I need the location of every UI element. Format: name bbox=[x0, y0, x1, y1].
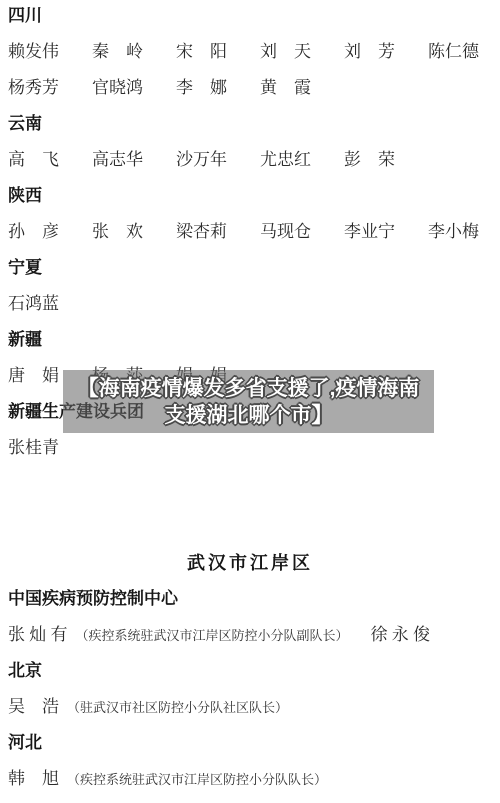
section-header: 河北 bbox=[8, 733, 492, 753]
person-name: 高 飞 bbox=[8, 150, 59, 170]
person-name: 宋 阳 bbox=[176, 42, 227, 62]
names-row: 孙 彦张 欢梁杏莉马现仓李业宁李小梅 bbox=[8, 222, 492, 242]
person-name: 刘 芳 bbox=[344, 42, 395, 62]
person-name: 唐 娟 bbox=[8, 366, 59, 386]
person-name: 孙 彦 bbox=[8, 222, 59, 242]
person-name: 石鸿蓝 bbox=[8, 294, 59, 314]
person-role: （驻武汉市社区防控小分队社区队长） bbox=[67, 698, 288, 718]
overlay-title-line1: 【海南疫情爆发多省支援了,疫情海南 bbox=[78, 375, 420, 402]
person-name: 吴 浩 bbox=[8, 697, 59, 717]
person-name: 李 娜 bbox=[176, 78, 227, 98]
names-row: 张桂青 bbox=[8, 438, 492, 458]
names-row: 杨秀芳官晓鸿李 娜黄 霞 bbox=[8, 78, 492, 98]
person-name: 张 灿 有 bbox=[8, 625, 68, 645]
names-row: 赖发伟秦 岭宋 阳刘 天刘 芳陈仁德 bbox=[8, 42, 492, 62]
person-name: 黄 霞 bbox=[260, 78, 311, 98]
person-role-row: 吴 浩（驻武汉市社区防控小分队社区队长） bbox=[8, 697, 492, 717]
person-name: 赖发伟 bbox=[8, 42, 59, 62]
person-name: 李业宁 bbox=[344, 222, 395, 242]
person-role: （疾控系统驻武汉市江岸区防控小分队副队长） bbox=[76, 626, 349, 646]
section-header: 宁夏 bbox=[8, 258, 492, 278]
person-name: 李小梅 bbox=[428, 222, 479, 242]
section-header: 新疆 bbox=[8, 330, 492, 350]
person-name: 高志华 bbox=[92, 150, 143, 170]
person-name: 韩 旭 bbox=[8, 769, 59, 789]
section-header: 陕西 bbox=[8, 186, 492, 206]
person-name: 徐 永 俊 bbox=[371, 625, 431, 645]
person-name: 官晓鸿 bbox=[92, 78, 143, 98]
person-name: 刘 天 bbox=[260, 42, 311, 62]
person-name: 马现仓 bbox=[260, 222, 311, 242]
person-name: 秦 岭 bbox=[92, 42, 143, 62]
person-role: （疾控系统驻武汉市江岸区防控小分队队长） bbox=[67, 770, 327, 790]
person-name: 张 欢 bbox=[92, 222, 143, 242]
person-name: 张桂青 bbox=[8, 438, 59, 458]
person-name: 尤忠红 bbox=[260, 150, 311, 170]
section-header: 中国疾病预防控制中心 bbox=[8, 589, 492, 609]
person-role-row: 张 灿 有（疾控系统驻武汉市江岸区防控小分队副队长）徐 永 俊 bbox=[8, 625, 492, 645]
person-name: 梁杏莉 bbox=[176, 222, 227, 242]
district-title: 武汉市江岸区 bbox=[8, 553, 492, 573]
names-row: 高 飞高志华沙万年尤忠红彭 荣 bbox=[8, 150, 492, 170]
section-spacer bbox=[8, 474, 492, 553]
watermark-overlay: 【海南疫情爆发多省支援了,疫情海南 支援湖北哪个市】 bbox=[63, 370, 434, 433]
section-header: 四川 bbox=[8, 6, 492, 26]
person-name: 陈仁德 bbox=[428, 42, 479, 62]
names-row: 石鸿蓝 bbox=[8, 294, 492, 314]
person-name: 杨秀芳 bbox=[8, 78, 59, 98]
person-name: 彭 荣 bbox=[344, 150, 395, 170]
person-name: 沙万年 bbox=[176, 150, 227, 170]
overlay-title-line2: 支援湖北哪个市】 bbox=[165, 402, 333, 429]
section-header: 云南 bbox=[8, 114, 492, 134]
section-header: 北京 bbox=[8, 661, 492, 681]
person-role-row: 韩 旭（疾控系统驻武汉市江岸区防控小分队队长） bbox=[8, 769, 492, 789]
